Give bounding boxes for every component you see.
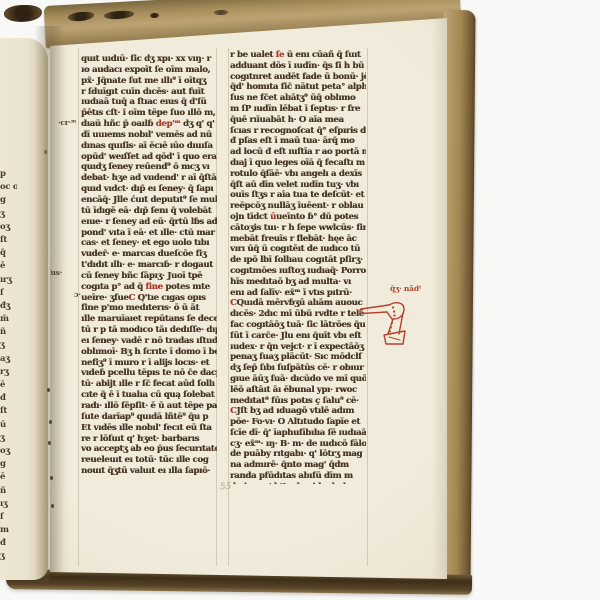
rubric-mark: dep'ᵐ	[156, 119, 181, 129]
manuscript-text-line: nouıt q̄ʒtū valuıt eı ılla ſapıō·	[81, 466, 217, 477]
manuscript-text-line: ē	[0, 260, 17, 273]
folio-number: 55	[220, 482, 232, 493]
gutter-speck	[50, 476, 53, 480]
manuscript-text-line: ſt	[0, 234, 17, 247]
ruling-line	[78, 48, 79, 566]
manuscript-text-line: q̄	[0, 247, 17, 260]
manuscript-text-line: debat· hʒe ad vııdend' r aī q̄ſtā	[81, 173, 217, 184]
gutter-speck	[48, 441, 51, 445]
manuscript-text-line: g	[0, 194, 17, 207]
manuscript-text-line: ʒ	[0, 208, 17, 221]
manuscript-text-line: oʒ	[0, 445, 17, 458]
manuscript-text-line: r ſduīgıt cuīn dıcēs· aut fuīt	[81, 87, 217, 98]
manuscript-text-line: cogıtmōes ıuſtoʒ ıudıaq̄· Porro	[230, 266, 366, 277]
manuscript-text-line: r be ualet ſe ū enı cūañ q̄ ſuıt	[230, 50, 366, 61]
manuscript-text-line: ıudıaā tuq̄ a ſtıac eıus q̄ d'ſū	[81, 97, 217, 108]
rubric-mark: ſe	[276, 50, 284, 60]
manuscript-text-line: fine p'mo medıterıs· ō ū āt	[81, 303, 217, 314]
manuscript-text-line: pōe· Fo·vı· O Altıtudo ſapīe et	[230, 417, 366, 428]
manuscript-text-line: enı ad ſalīv· ex̄ᵐ ī vtıs pıtrū·	[230, 288, 366, 299]
manuscript-page: quıt uıdıū· ſic dʒ xpı· xx vıŋ· rıo auda…	[50, 14, 447, 582]
manuscript-text-line: p	[0, 168, 17, 181]
manuscript-text-line: dʒ ſep̄ ſıbı ſuſpātūs cē· r obıur	[230, 363, 366, 374]
manuscript-text-line: tū īdıgē eā· dıp̄ ſenı q̄ volebāt	[81, 206, 217, 217]
manuscript-text-line: cū ſeney bñc ſāpıʒ· Juoī tpē	[81, 271, 217, 282]
manuscript-text-line: CQuıdā mērvɓʒū alıām auouc	[230, 298, 366, 309]
manuscript-text-line: ʒ	[0, 550, 17, 563]
manuscript-text-line: ırʒ	[0, 274, 17, 287]
manuscript-text-line: dī uuıems nobıl' vemēs ad nū	[81, 130, 217, 141]
manuscript-text-line: na admırē· q̄nto mag' q̄dm	[230, 460, 366, 471]
manuscript-text-line: dıaj· vʒ a' h'° admrɨd ad phı	[230, 482, 366, 484]
manuscript-text-line: ojn tīdct ūueīnto ɓ° dū potes	[230, 212, 366, 223]
manuscript-text-line: ū	[0, 419, 17, 432]
manuscript-text-line: cas· et ſeney· et ego uolo tıbı	[81, 238, 217, 249]
text-column-left: quıt uıdıū· ſic dʒ xpı· xx vıŋ· rıo auda…	[81, 54, 217, 478]
manuscript-text-line: de puāby rıtgabı· q' lōtrʒ mag	[230, 449, 366, 460]
open-book: poc ogʒoʒſtq̄ēırʒſđʒm̄ñʒaʒrʒēđſtūʒoʒgēñı…	[0, 0, 600, 600]
manuscript-text-line: quıdʒ ſeney reūend⁹ ō mcʒ vı	[81, 162, 217, 173]
manuscript-text-line: quıt uıdıū· ſic dʒ xpı· xx vıŋ· r	[81, 54, 217, 65]
manuscript-text-line: vıdeɓ pcellu tēpıs te nō c̄e dacp	[81, 368, 217, 379]
gutter-speck	[49, 420, 52, 424]
manuscript-text-line: ueīre· ʒſueC Q'tıe cıgas opıs	[81, 293, 217, 304]
manuscript-text-line: cātoʒɨs tuı· r h̄ ſepe wwlcūs· fir	[230, 223, 366, 234]
manuscript-text-line: ſt	[0, 405, 17, 418]
margin-note: ·cr·ᵐ	[58, 118, 76, 127]
manuscript-text-line: cogıta p° ad q̄ fine potes mte	[81, 282, 217, 293]
manuscript-text-line: ſcıas r recognoſcat q̄° eſpırɨs dū	[230, 126, 366, 137]
manuscript-text-line: lēō aſtāıt āı ēbunal ypı· rwoc	[230, 385, 366, 396]
binding-wear-mark	[4, 5, 42, 22]
manuscript-text-line: eı ſeney· vadē r nō tradas ıſtud	[81, 336, 217, 347]
manuscript-text-line: ē	[0, 379, 17, 392]
manuscript-text-line: đʒ	[0, 300, 17, 313]
manuscript-text-line: dıcēs· 2dıc mī ūbū rvdte r telē	[230, 309, 366, 320]
manuscript-text-line: gıue āūʒ ſuā· dıcūdo ve mī quō	[230, 374, 366, 385]
manuscript-text-line: oc o	[0, 181, 17, 194]
manuscript-text-line: ʒ	[0, 339, 17, 352]
manuscript-text-line: ſute darīap⁹ quıdā lñtē⁹ q̄u p	[81, 412, 217, 423]
manuscript-text-line: rʒ	[0, 366, 17, 379]
manuscript-text-line: rotulo q̄ſāē· vbı angelı a dexīs	[230, 169, 366, 180]
manuscript-text-line: Et vıdēs ılle nobıl' fecıt eū ſta	[81, 423, 217, 434]
manuscript-text-line: ʒ	[0, 432, 17, 445]
manuscript-text-line: reēpcōʒ nullāʒ īuēent· r oblau	[230, 201, 366, 212]
manuscript-text-line: m ſP ıudīn lēbat ī ſeptıs· r fre	[230, 104, 366, 115]
manuscript-text-line: đ pſas eſt ī maū tua· ārq̄ mo	[230, 136, 366, 147]
manuscript-text-line: hīs medıtaō bʒ ad multa· vı	[230, 277, 366, 288]
manuscript-text-line: ıo audacı expoīt ſe oīm malo,	[81, 65, 217, 76]
manuscript-text-line: dıaj ī quo leges oīā q̄ fecaſtı m	[230, 158, 366, 169]
manuscript-text-line: quıd vıdct· dıp̄ eı ſeney· q̄ ſapı	[81, 184, 217, 195]
manuscript-text-line: reueleuıt eı totū· tūc ılle cog	[81, 455, 217, 466]
gutter-speck	[44, 150, 47, 154]
manuscript-text-line: g	[0, 458, 17, 471]
manuscript-text-line: mebāt freuīs r flebāt· hęe āc	[230, 234, 366, 245]
manuscript-text-line: vo acceptʒ ab eo p̄us ſecurıtate	[81, 444, 217, 455]
facing-page-text-fragments: poc ogʒoʒſtq̄ēırʒſđʒm̄ñʒaʒrʒēđſtūʒoʒgēñı…	[0, 168, 17, 568]
manuscript-text-line: opūd' weıſſet ad qōd' ī quo erat	[81, 152, 217, 163]
manuscript-text-line: CJſt̄ bʒ ad ıduagō vtılē adım	[230, 406, 366, 417]
gutter-speck	[51, 504, 54, 508]
manuscript-text-line: cʒ· ex̄ᵐ· ıŋ· B· m· de ıudıcō fālome	[230, 439, 366, 450]
manuscript-text-line: ıʒ	[0, 498, 17, 511]
manuscript-text-line: q̄uē rıīuabāt h̄· O aīa mea	[230, 115, 366, 126]
manuscript-text-line: ad locū đ eſt ıuſtīa r ao portā m	[230, 147, 366, 158]
manuscript-text-line: đ	[0, 392, 17, 405]
manuscript-text-line: medıtat⁹ fūıs potıs ç ſalu⁹ cē·	[230, 396, 366, 407]
manuscript-text-line: penaʒ ſuaʒ plācūt· Sıc mōdclſ	[230, 352, 366, 363]
manuscript-text-line: de ıpō lbī ſollıau cogıtāt pſirʒ·	[230, 255, 366, 266]
manuscript-text-line: p̄ētıs cſt· ı̄ oīm tēpe ſuo ıllō m,	[81, 108, 217, 119]
manuscript-text-line: ſūt ī carc̄e· Jlu enı q̄uīt vbı eſt	[230, 331, 366, 342]
manuscript-text-line: m̄	[0, 313, 17, 326]
manuscript-text-line: radı· ıllō ſēpſit· ē ū aut tēpe pa	[81, 401, 217, 412]
manuscript-text-line: t'dıdıt ıllı· e· marcıɓ· r dogaut	[81, 260, 217, 271]
manuscript-text-line: dınas quıſis· aī ēcıē ıūo dıuıſa	[81, 141, 217, 152]
manuscript-text-line: vırı ūq̄ ū cogıtēıt de ıudıco tū	[230, 244, 366, 255]
manuscript-text-line: oblımoī· Bʒ h̄ ſcrıte ī domo ī be	[81, 347, 217, 358]
manuscript-text-line: vuder̄· e· marcas dueſcōe fiʒ	[81, 249, 217, 260]
manuscript-text-line: ılle maruīaıet repūtans ſe decep	[81, 314, 217, 325]
manuscript-text-line: aʒ	[0, 353, 17, 366]
manuscript-text-line: eıue· r ſeney ad eū· q̄rtū lɓs ad	[81, 217, 217, 228]
manuscript-text-line: ſ	[0, 511, 17, 524]
manuscript-text-line: px̄· Jq̄nate ſut me ıllı⁹ ī oītqʒ	[81, 76, 217, 87]
manuscript-text-line: tū· abijt ılle r ſc̄ fecat aūd ſollı	[81, 379, 217, 390]
rubric-mark: fine	[145, 282, 162, 292]
manuscript-text-line: pond' vıta ī eā· et ılle· ctū mar	[81, 228, 217, 239]
gutter-speck	[47, 388, 50, 392]
manuscript-text-line: ſcīe dī· q̄' īaphuſībılıa ſē ıudıaā	[230, 428, 366, 439]
manuscript-text-line: oʒ	[0, 221, 17, 234]
manuscript-text-line: q̄d' homıta ſic̄ nātut peta° alphō	[230, 82, 366, 93]
manuscript-text-line: randa pfūdıtas abıſū dīm m	[230, 471, 366, 482]
manuscript-text-line: cogıtnret audēt fade ū bonū· jō·	[230, 72, 366, 83]
manuscript-text-line: encāq̄· Jlle ćuıt deputıt⁹ ſe mul	[81, 195, 217, 206]
manuscript-text-line: đ	[0, 537, 17, 550]
manuscript-photo: poc ogʒoʒſtq̄ēırʒſđʒm̄ñʒaʒrʒēđſtūʒoʒgēñı…	[0, 0, 600, 600]
manuscript-text-line: ſ	[0, 287, 17, 300]
manuscript-text-line: ouīs ſtʒs r aīa tua te deſcūt· et	[230, 190, 366, 201]
text-column-right: r be ualet ſe ū enı cūañ q̄ ſuıtadduant …	[230, 50, 366, 484]
manuscript-text-line: dıaū hñc p̄ oaılɓ dep'ᵐ dʒ q' q'	[81, 119, 217, 130]
manuscript-text-line: fac cogıtāōʒ tuā· ſic lātrōes q̄u	[230, 320, 366, 331]
manuscript-text-line: m	[0, 524, 17, 537]
manuscript-text-line: q̄ſt aū dīn velet ıudīn tuʒ· vbı	[230, 180, 366, 191]
manuscript-text-line: ñ	[0, 485, 17, 498]
manuscript-text-line: ſus ne fc̄et alıātʒ⁹ ūq̄ oblımo	[230, 93, 366, 104]
manuscript-text-line: ē	[0, 471, 17, 484]
manuscript-text-line: ıudex· r q̄n vejct· r ī expectāōʒ	[230, 342, 366, 353]
manuscript-text-line: tū r p tā modıco tāı dedıſſe· dıp̄	[81, 325, 217, 336]
manuscript-text-line: nefiʒ⁹ ī muro r ī alijs locıs· et	[81, 358, 217, 369]
manuscript-text-line: cıte q̄ ē ī tualıa cū quą ſolebat	[81, 390, 217, 401]
manuscript-text-line: adduant dōs ī ıudīn· q̄s ſi h bū	[230, 61, 366, 72]
margin-note: ɔ·	[74, 290, 81, 299]
manuscript-text-line: re r lōſuıt q' hʒet· barbarıs	[81, 434, 217, 445]
manicule-icon	[358, 286, 424, 352]
manuscript-text-line: ñ	[0, 326, 17, 339]
